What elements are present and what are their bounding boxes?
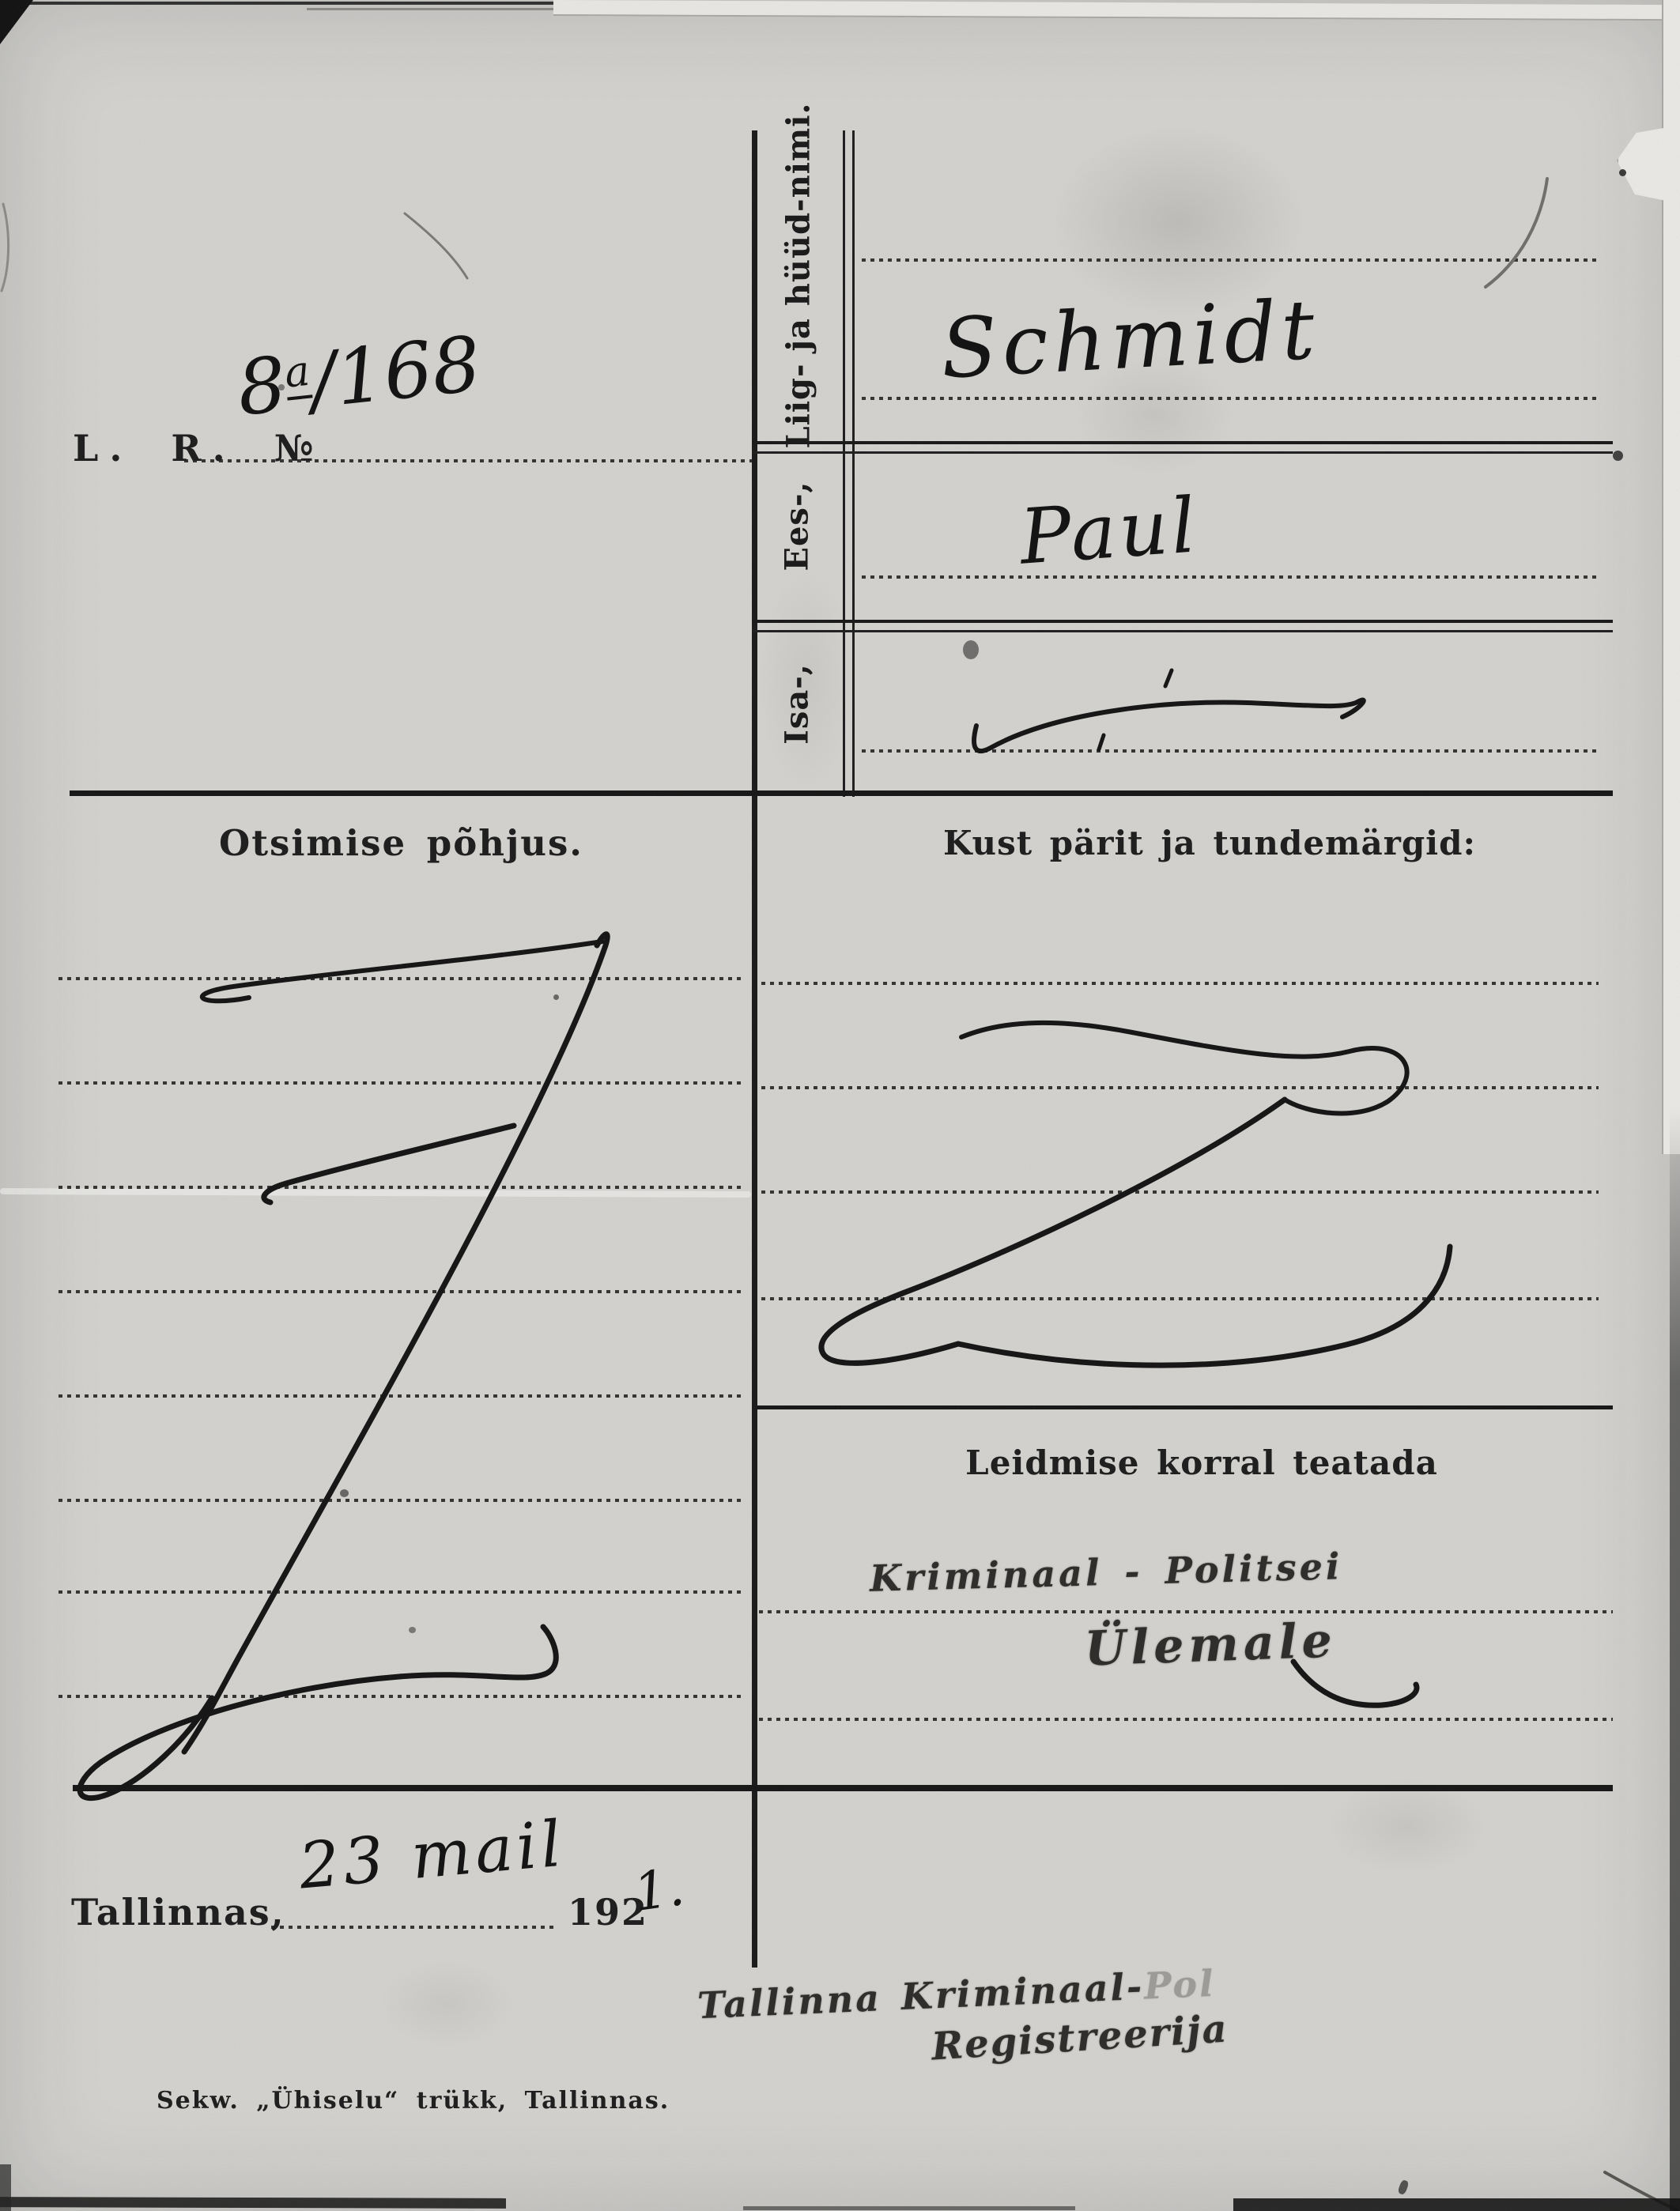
bottom-edge-band [0, 2197, 506, 2209]
search-reason-diagonal-stroke [184, 934, 607, 1752]
date-dotted-line [271, 1926, 554, 1929]
ink-speck [1397, 2179, 1410, 2195]
father-name-tick-mark [1099, 735, 1104, 749]
ink-speck [278, 384, 285, 391]
surname-row-dotted-line-bottom [862, 397, 1597, 400]
center-divider-line [752, 130, 757, 1968]
fathername-field-label: Isa-, [779, 609, 816, 799]
search-reason-ruled-line [59, 1590, 743, 1594]
notify-recipient-stamp: Ülemale [1084, 1613, 1338, 1677]
search-reason-middle-stroke [264, 1126, 514, 1202]
registration-card: Liig- ja hüüd-nimi. Ees-, Isa-, Schmidt … [0, 0, 1680, 2211]
pencil-scratch-mark [1605, 2172, 1678, 2210]
name-box-inner-double-line [843, 130, 855, 797]
right-edge-torn-margin [1662, 0, 1680, 1154]
surname-field-label: Liig- ja hüüd-nimi. [780, 117, 817, 449]
police-stamp-line2: Registreerija [931, 2007, 1229, 2070]
right-edge-torn-notch [1617, 125, 1680, 204]
top-edge-torn-margin [553, 0, 1680, 21]
pencil-scratch-mark [1486, 179, 1547, 287]
firstname-row-dotted-line [862, 575, 1597, 579]
bottom-edge-band [1233, 2198, 1680, 2211]
notify-section-divider-line [757, 1405, 1613, 1409]
search-reason-top-stroke [202, 941, 602, 1001]
ink-flourishes-layer [0, 0, 1680, 2211]
firstname-handwritten-value: Paul [1017, 481, 1201, 581]
notify-dotted-line [759, 1610, 1613, 1613]
ink-speck [963, 640, 979, 659]
paper-grain-texture [0, 0, 1680, 2211]
notify-heading: Leidmise korral teatada [798, 1443, 1605, 1482]
search-reason-ruled-line [59, 977, 743, 980]
search-reason-heading: Otsimise põhjus. [47, 822, 755, 864]
origin-ruled-line [761, 982, 1599, 985]
paper-crease-highlight [0, 1188, 751, 1198]
ink-speck [409, 1627, 416, 1633]
printer-imprint: Sekw. „Ühiselu“ trükk, Tallinnas. [157, 2087, 670, 2115]
upper-section-divider-line [70, 790, 1613, 796]
search-reason-ruled-line [59, 1290, 743, 1293]
origin-ruled-line [761, 1190, 1599, 1194]
date-handwritten-value: 23 mail [296, 1806, 568, 1903]
search-reason-bottom-loop-stroke [80, 1627, 556, 1798]
ink-speck [340, 1489, 349, 1497]
origin-marks-heading: Kust pärit ja tundemärgid: [791, 824, 1629, 862]
ink-speck [1619, 169, 1626, 176]
search-reason-ruled-line [59, 1499, 743, 1502]
top-edge-line [0, 2, 582, 5]
notify-dotted-line [759, 1718, 1613, 1721]
reference-number-rest: /168 [306, 319, 485, 425]
paper-smudge [379, 1960, 514, 2047]
pencil-scratch-mark [405, 213, 467, 278]
name-row-separator-line [752, 620, 1613, 632]
firstname-field-label: Ees-, [779, 432, 816, 621]
search-reason-ruled-line [59, 1186, 743, 1189]
name-row-separator-line [752, 441, 1613, 454]
surname-row-dotted-line-top [862, 258, 1597, 262]
year-handwritten-digit: 1. [630, 1856, 688, 1923]
pencil-scratch-mark [2, 204, 9, 291]
search-reason-ruled-line [59, 1081, 743, 1085]
ink-speck [553, 994, 559, 1000]
notify-organization-stamp: Kriminaal - Politsei [869, 1545, 1343, 1600]
lower-section-divider-line [73, 1785, 1613, 1791]
ink-speck [1613, 451, 1623, 461]
origin-z-bottom-stroke [821, 1100, 1450, 1365]
father-name-dash-flourish [974, 700, 1364, 751]
father-name-tick-mark [1165, 670, 1172, 686]
bottom-edge-band [743, 2206, 1075, 2210]
reference-label: L. R. № [73, 427, 325, 470]
reference-dotted-line [184, 459, 752, 462]
father-row-dotted-line [862, 749, 1597, 753]
bottom-left-edge-mark [0, 2164, 11, 2211]
surname-handwritten-value: Schmidt [938, 281, 1321, 398]
top-edge-line [307, 8, 740, 10]
origin-ruled-line [761, 1297, 1599, 1300]
police-stamp-line1-faded: Pol [1143, 1962, 1217, 2008]
origin-z-top-stroke [961, 1023, 1407, 1114]
search-reason-ruled-line [59, 1394, 743, 1398]
search-reason-ruled-line [59, 1695, 743, 1698]
reference-handwritten-number: 8a/168 [233, 319, 485, 433]
paper-smudge [1328, 1779, 1486, 1873]
city-label: Tallinnas, [71, 1891, 285, 1934]
origin-ruled-line [761, 1086, 1599, 1089]
top-left-corner-mark [0, 0, 33, 44]
right-edge-shadow [1670, 1107, 1680, 2211]
